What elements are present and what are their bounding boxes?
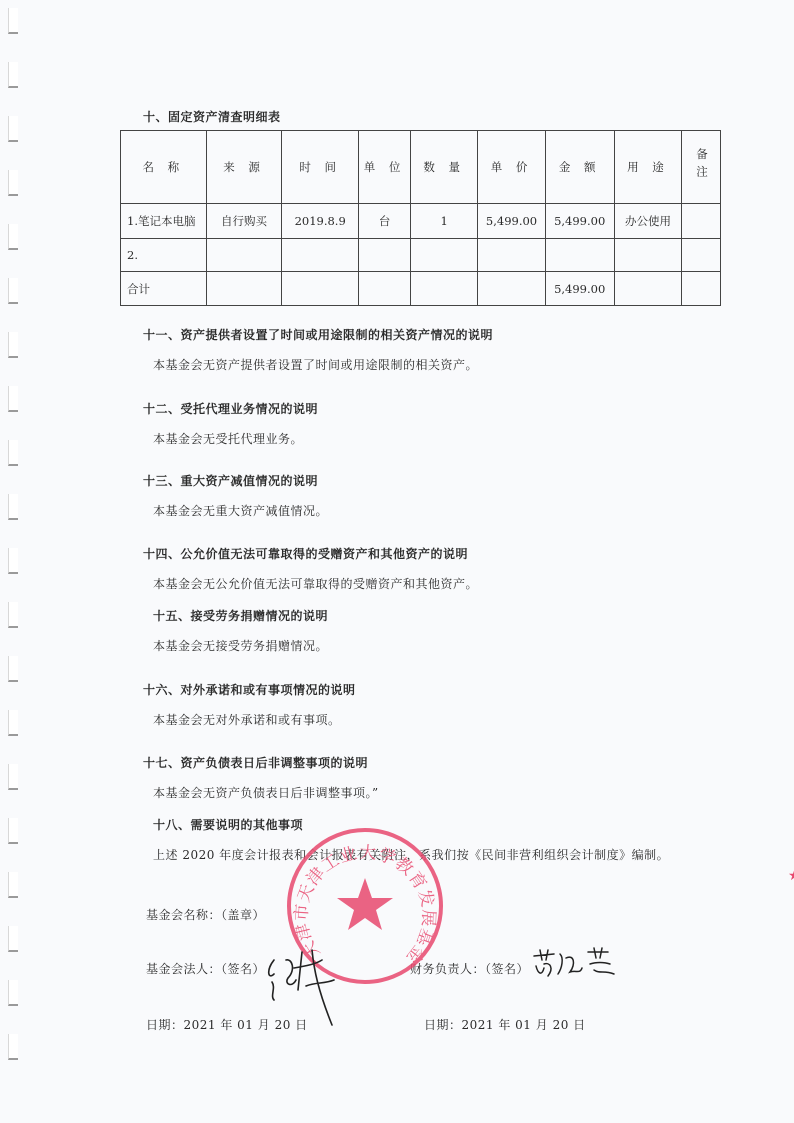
section-18-heading: 十八、需要说明的其他事项 — [153, 816, 303, 833]
cell: 合计 — [121, 272, 207, 306]
cell — [282, 272, 359, 306]
binding-hole — [8, 764, 18, 790]
col-unit-price: 单 价 — [478, 131, 546, 204]
fixed-assets-table: 名 称 来 源 时 间 单 位 数 量 单 价 金 额 用 途 备注 1.笔记本… — [120, 130, 721, 306]
section-10-heading: 十、固定资产清查明细表 — [143, 108, 281, 125]
table-header-row: 名 称 来 源 时 间 单 位 数 量 单 价 金 额 用 途 备注 — [121, 131, 721, 204]
cell — [282, 239, 359, 272]
cell — [614, 272, 682, 306]
binding-hole — [8, 224, 18, 250]
binding-hole — [8, 548, 18, 574]
section-11-text: 本基金会无资产提供者设置了时间或用途限制的相关资产。 — [153, 356, 478, 373]
section-14-heading: 十四、公允价值无法可靠取得的受赠资产和其他资产的说明 — [143, 545, 468, 562]
table-row: 2. — [121, 239, 721, 272]
binding-hole — [8, 980, 18, 1006]
section-13-text: 本基金会无重大资产减值情况。 — [153, 502, 328, 519]
col-amount: 金 额 — [545, 131, 614, 204]
seal-star-icon — [337, 878, 393, 930]
cell — [411, 272, 478, 306]
binding-hole — [8, 8, 18, 34]
col-source: 来 源 — [206, 131, 282, 204]
legal-rep-label: 基金会法人：（签名） — [146, 960, 265, 977]
cell — [478, 272, 546, 306]
section-12-heading: 十二、受托代理业务情况的说明 — [143, 400, 318, 417]
binding-hole — [8, 62, 18, 88]
binding-hole — [8, 818, 18, 844]
section-14-text: 本基金会无公允价值无法可靠取得的受赠资产和其他资产。 — [153, 575, 478, 592]
col-unit: 单 位 — [358, 131, 410, 204]
col-name: 名 称 — [121, 131, 207, 204]
cell — [682, 272, 721, 306]
section-15-text: 本基金会无接受劳务捐赠情况。 — [153, 637, 328, 654]
binding-hole — [8, 710, 18, 736]
cell: 1 — [411, 204, 478, 239]
cell — [358, 239, 410, 272]
table-total-row: 合计 5,499.00 — [121, 272, 721, 306]
binding-hole — [8, 602, 18, 628]
binding-hole — [8, 386, 18, 412]
cell: 台 — [358, 204, 410, 239]
col-time: 时 间 — [282, 131, 359, 204]
binding-hole — [8, 926, 18, 952]
cell — [545, 239, 614, 272]
cell: 1.笔记本电脑 — [121, 204, 207, 239]
binding-hole — [8, 332, 18, 358]
cell: 5,499.00 — [545, 204, 614, 239]
col-remark: 备注 — [682, 131, 721, 204]
cell: 2. — [121, 239, 207, 272]
cell: 5,499.00 — [545, 272, 614, 306]
cell — [478, 239, 546, 272]
binding-hole — [8, 116, 18, 142]
cell: 2019.8.9 — [282, 204, 359, 239]
cell — [206, 272, 282, 306]
binding-hole — [8, 440, 18, 466]
binding-hole — [8, 656, 18, 682]
binding-hole — [8, 872, 18, 898]
partial-seal-mark: ★ — [788, 868, 794, 888]
cell — [206, 239, 282, 272]
cell: 办公使用 — [614, 204, 682, 239]
date-right: 日期：2021 年 01 月 20 日 — [424, 1016, 586, 1033]
cell: 5,499.00 — [478, 204, 546, 239]
section-16-text: 本基金会无对外承诺和或有事项。 — [153, 711, 341, 728]
cell: 自行购买 — [206, 204, 282, 239]
section-16-heading: 十六、对外承诺和或有事项情况的说明 — [143, 681, 356, 698]
col-quantity: 数 量 — [411, 131, 478, 204]
org-name-label: 基金会名称：（盖章） — [146, 906, 265, 923]
cell — [358, 272, 410, 306]
col-purpose: 用 途 — [614, 131, 682, 204]
binding-hole — [8, 278, 18, 304]
section-17-text: 本基金会无资产负债表日后非调整事项。” — [153, 784, 379, 801]
section-17-heading: 十七、资产负债表日后非调整事项的说明 — [143, 754, 368, 771]
cell — [682, 204, 721, 239]
binding-hole — [8, 1034, 18, 1060]
legal-rep-signature — [262, 930, 352, 1030]
binding-hole — [8, 170, 18, 196]
table-row: 1.笔记本电脑 自行购买 2019.8.9 台 1 5,499.00 5,499… — [121, 204, 721, 239]
cell — [682, 239, 721, 272]
section-13-heading: 十三、重大资产减值情况的说明 — [143, 472, 318, 489]
finance-head-signature — [530, 944, 620, 984]
cell — [614, 239, 682, 272]
section-11-heading: 十一、资产提供者设置了时间或用途限制的相关资产情况的说明 — [143, 326, 493, 343]
binding-hole — [8, 494, 18, 520]
section-12-text: 本基金会无受托代理业务。 — [153, 430, 303, 447]
cell — [411, 239, 478, 272]
section-15-heading: 十五、接受劳务捐赠情况的说明 — [153, 607, 328, 624]
